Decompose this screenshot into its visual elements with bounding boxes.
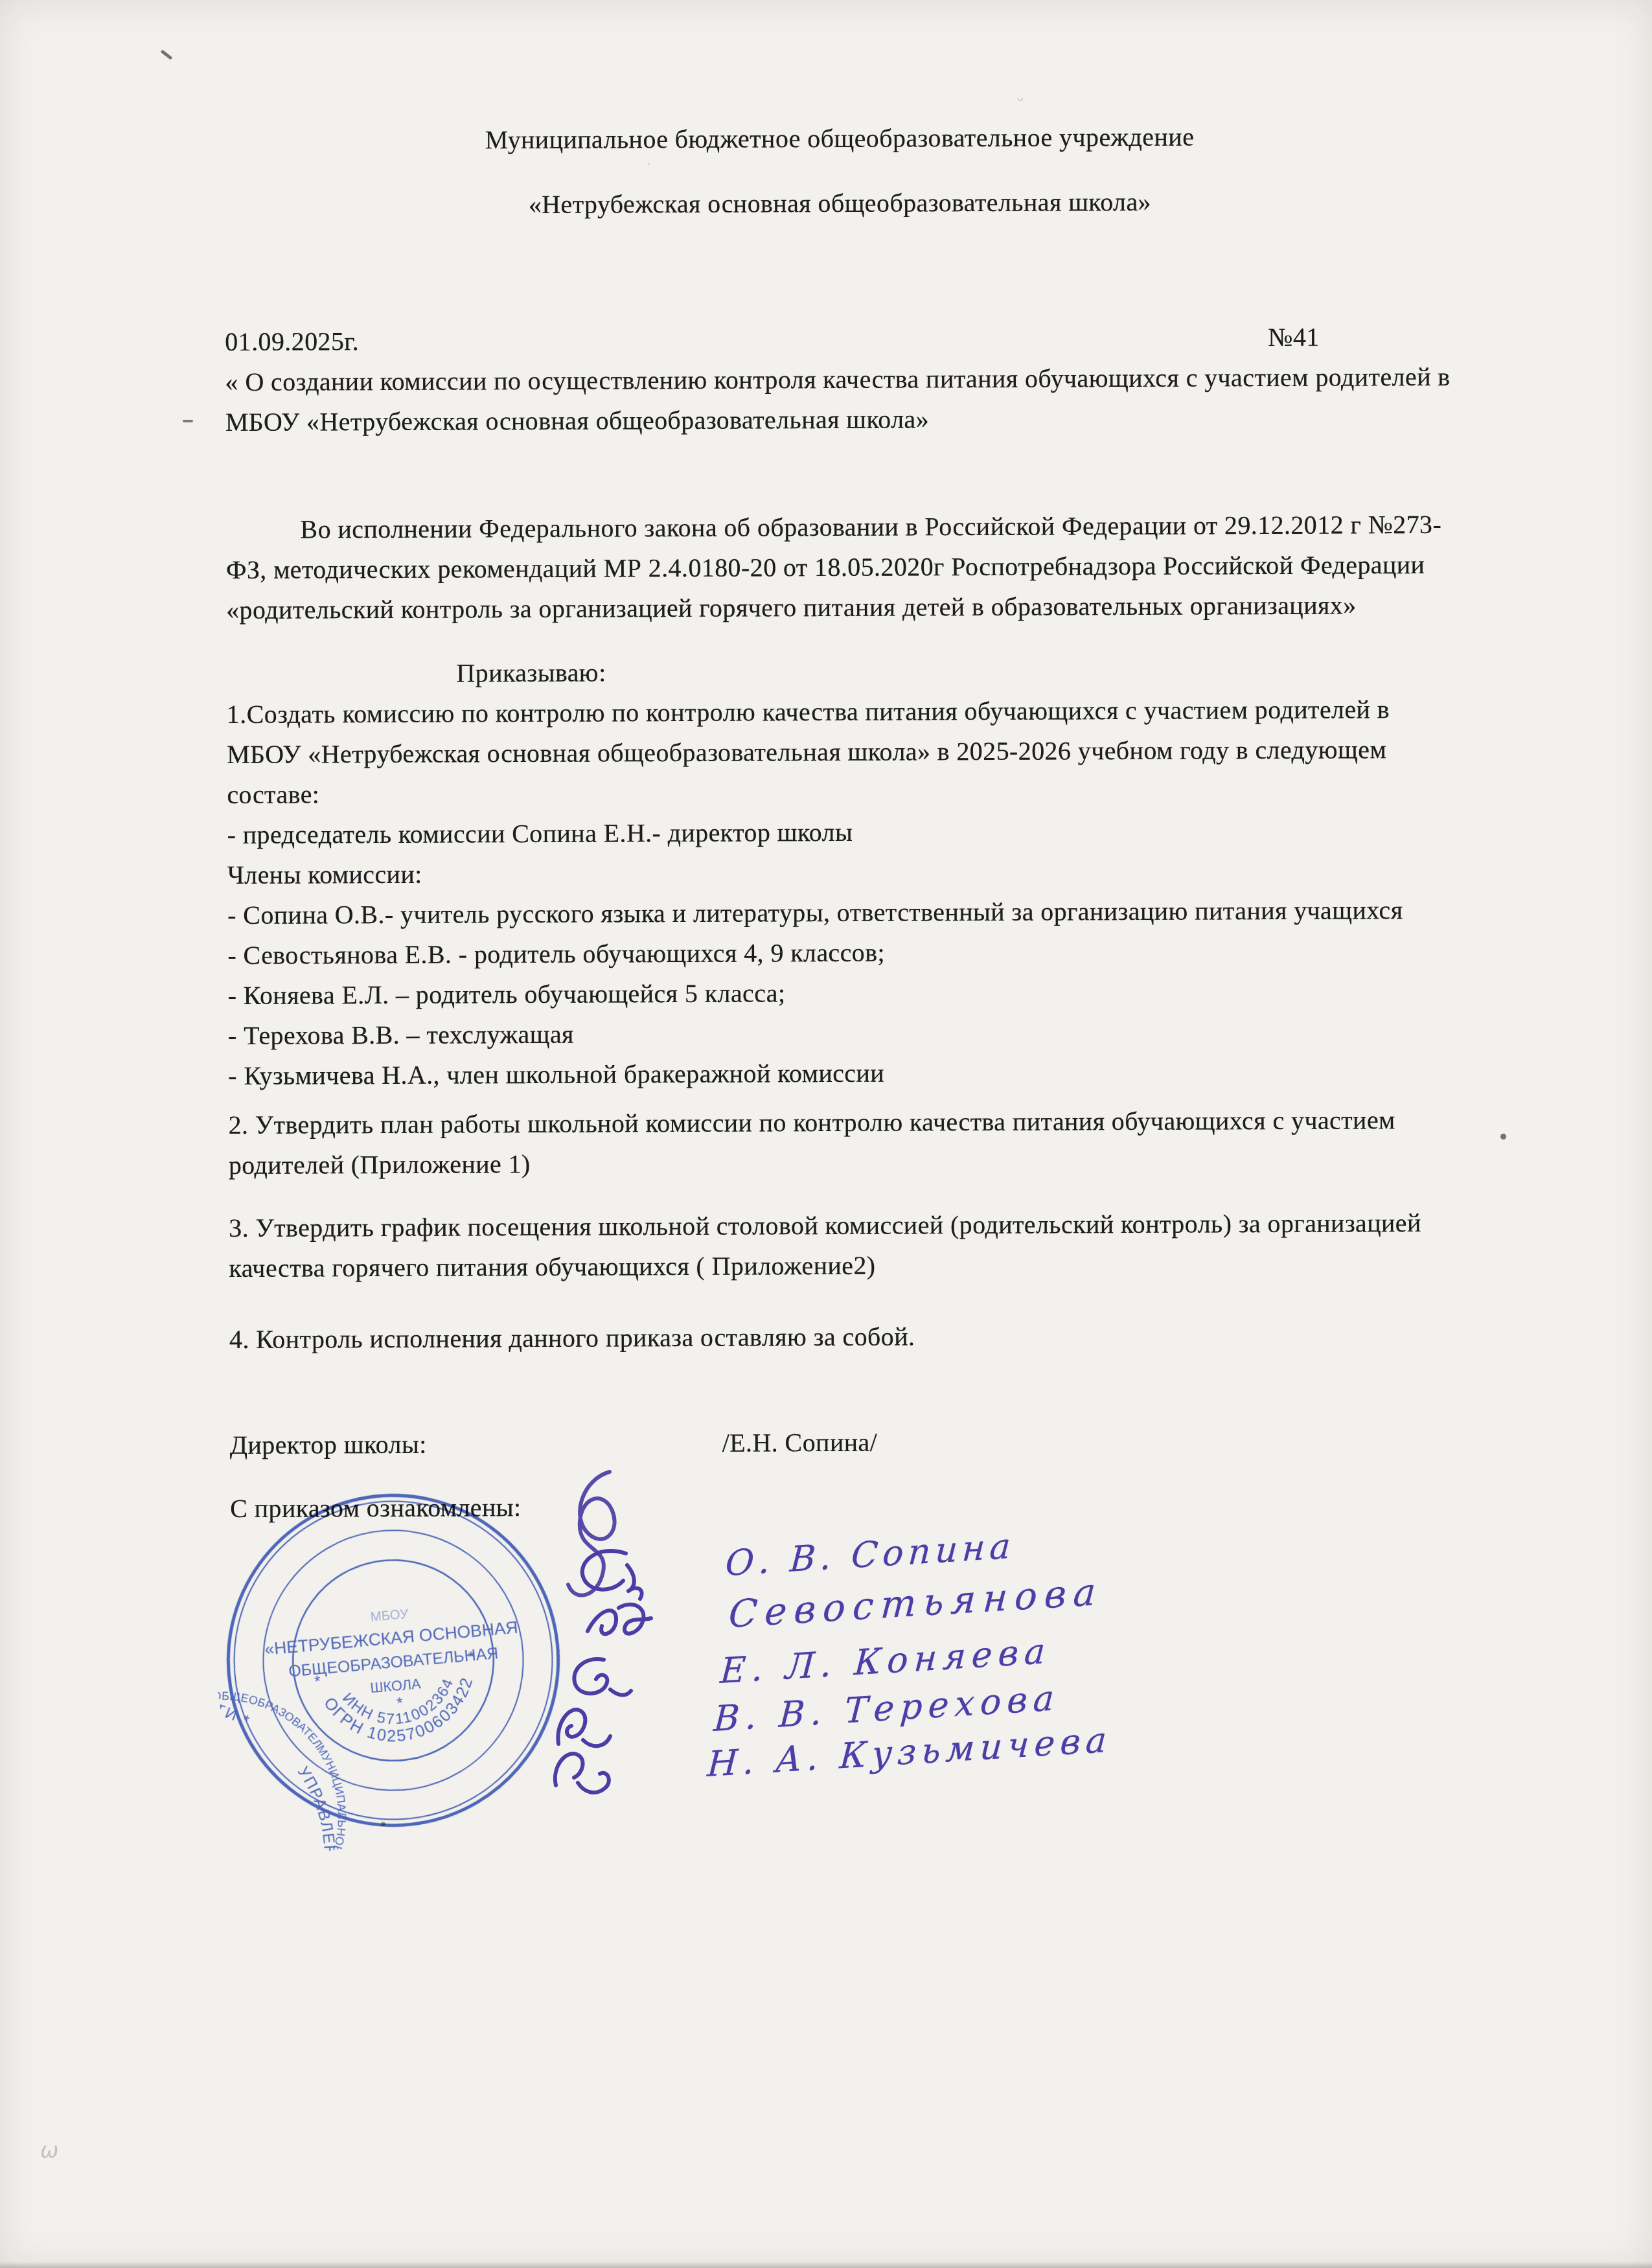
committee-members-label: Члены комиссии: [227,850,1458,895]
committee-member-line: - Севостьянова Е.В. - родитель обучающих… [227,930,1458,976]
scanned-order-document: Муниципальное бюджетное общеобразователь… [0,0,1652,2268]
director-label: Директор школы: [230,1430,427,1460]
document-body: Муниципальное бюджетное общеобразователь… [0,0,1652,1530]
order-number: №41 [1268,317,1320,358]
order-date: 01.09.2025г. [225,326,359,356]
org-name-line1: Муниципальное бюджетное общеобразователь… [224,116,1455,161]
order-keyword: Приказываю: [226,649,1457,694]
order-item-3: 3. Утвердить график посещения школьной с… [229,1203,1460,1289]
committee-member-line: - Коняева Е.Л. – родитель обучающейся 5 … [228,970,1459,1016]
order-item-1: 1.Создать комиссию по контролю по контро… [227,689,1458,815]
order-item-4: 4. Контроль исполнения данного приказа о… [229,1314,1460,1360]
ack-signature-name: О. В. Сопина [724,1525,1016,1584]
director-name: /Е.Н. Сопина/ [722,1423,878,1463]
scan-smudge: ω [40,2138,58,2164]
scan-smudge: ᵕ [1017,92,1024,111]
school-round-stamp: УПРАВЛЕНИЕ ОБРАЗОВАНИЯ АДМИНИСТРАЦИИ КОЛ… [189,1456,597,1864]
org-name-line2: «Нетрубежская основная общеобразовательн… [224,181,1455,226]
order-item-2: 2. Утвердить план работы школьной комисс… [228,1100,1460,1186]
scan-smudge: · [647,157,651,173]
stamp-star: * [396,1695,405,1713]
svg-text:МБОУ: МБОУ [370,1607,409,1625]
svg-text:ШКОЛА: ШКОЛА [369,1675,422,1696]
committee-member-line: - Кузьмичева Н.А., член школьной бракера… [228,1051,1459,1096]
date-number-row: 01.09.2025г. №41 [225,317,1456,362]
committee-member-line: - Терехова В.В. – техслужащая [228,1011,1459,1056]
scan-edge-shadow [0,2262,1652,2268]
signature-initials-icon [580,1592,658,1652]
scan-speck [1500,1134,1506,1140]
stamp-center-text: МБОУ «НЕТРУБЕЖСКАЯ ОСНОВНАЯ ОБЩЕОБРАЗОВА… [262,1598,523,1705]
ack-signature-row: Н. А. Кузьмичева [545,1744,1111,1804]
director-signature-row: Директор школы: /Е.Н. Сопина/ [230,1420,1461,1465]
committee-chair-line: - председатель комиссии Сопина Е.Н.- дир… [227,810,1458,855]
scan-speck [183,420,193,422]
committee-member-line: - Сопина О.В.- учитель русского языка и … [227,890,1458,935]
order-preamble: Во исполнении Федерального закона об обр… [225,505,1457,630]
order-subject: « О создании комиссии по осуществлению к… [225,357,1456,442]
